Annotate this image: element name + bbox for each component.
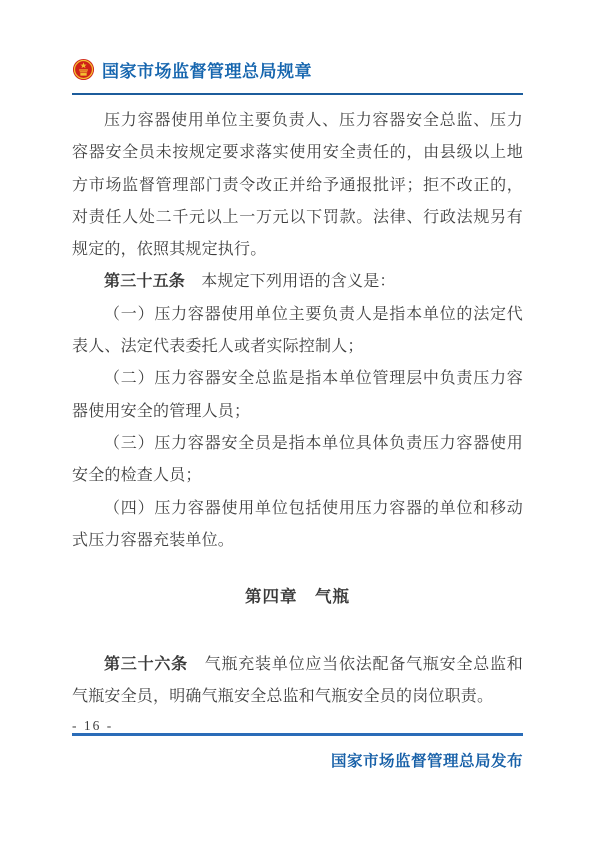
publisher-text: 国家市场监督管理总局发布	[72, 749, 523, 771]
paragraph-text: （四）压力容器使用单位包括使用压力容器的单位和移动式压力容器充装单位。	[72, 500, 523, 549]
paragraph: 第三十五条 本规定下列用语的含义是：	[72, 266, 523, 298]
document-body: 压力容器使用单位主要负责人、压力容器安全总监、压力容器安全员未按规定要求落实使用…	[72, 105, 523, 736]
page-header: 国家市场监督管理总局规章	[72, 57, 523, 95]
article-number: 第三十六条	[104, 656, 205, 673]
paragraph-text: （二）压力容器安全总监是指本单位管理层中负责压力容器使用安全的管理人员；	[72, 370, 523, 419]
paragraph-text: 本规定下列用语的含义是：	[201, 273, 395, 290]
paragraph: （四）压力容器使用单位包括使用压力容器的单位和移动式压力容器充装单位。	[72, 493, 523, 558]
header-title: 国家市场监督管理总局规章	[102, 57, 312, 82]
paragraph: （一）压力容器使用单位主要负责人是指本单位的法定代表人、法定代表委托人或者实际控…	[72, 299, 523, 364]
page-footer: 国家市场监督管理总局发布	[72, 733, 523, 771]
header-divider	[72, 93, 523, 95]
paragraph-text: 压力容器使用单位主要负责人、压力容器安全总监、压力容器安全员未按规定要求落实使用…	[72, 112, 523, 258]
paragraph: （三）压力容器安全员是指本单位具体负责压力容器使用安全的检查人员；	[72, 428, 523, 493]
paragraph-text: （一）压力容器使用单位主要负责人是指本单位的法定代表人、法定代表委托人或者实际控…	[72, 306, 523, 355]
national-emblem-icon	[72, 58, 95, 81]
paragraph: 第三十六条 气瓶充装单位应当依法配备气瓶安全总监和气瓶安全员，明确气瓶安全总监和…	[72, 649, 523, 714]
footer-divider	[72, 733, 523, 736]
chapter-heading: 第四章 气瓶	[72, 585, 523, 609]
paragraph: （二）压力容器安全总监是指本单位管理层中负责压力容器使用安全的管理人员；	[72, 363, 523, 428]
header-row: 国家市场监督管理总局规章	[72, 57, 523, 82]
article-number: 第三十五条	[104, 273, 201, 290]
paragraph: 压力容器使用单位主要负责人、压力容器安全总监、压力容器安全员未按规定要求落实使用…	[72, 105, 523, 266]
paragraph-text: （三）压力容器安全员是指本单位具体负责压力容器使用安全的检查人员；	[72, 435, 523, 484]
document-page: 国家市场监督管理总局规章 压力容器使用单位主要负责人、压力容器安全总监、压力容器…	[0, 0, 595, 842]
